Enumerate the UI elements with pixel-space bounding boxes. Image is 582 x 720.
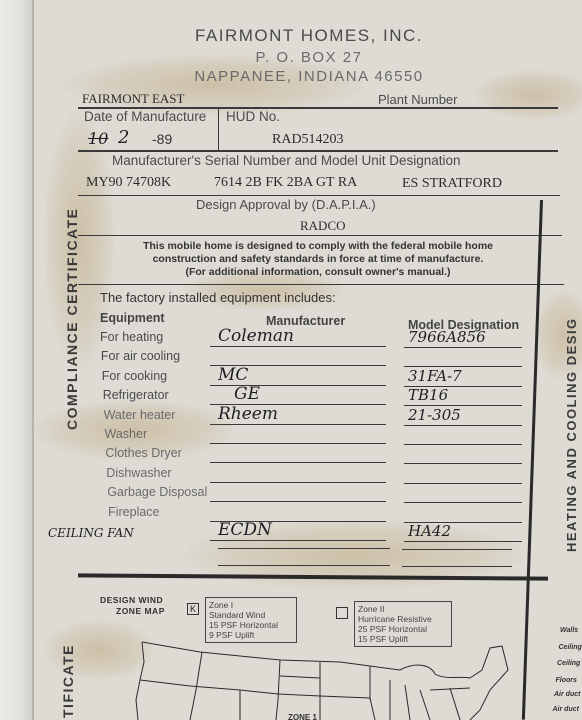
equipment-item-label: For heating xyxy=(100,330,163,344)
model-field-line xyxy=(404,463,522,464)
manufacturer-value: ECDN xyxy=(218,520,272,540)
equipment-item-label: Washer xyxy=(105,427,148,441)
divider xyxy=(78,150,558,152)
heating-cooling-row-label: Ceiling xyxy=(559,644,582,651)
compliance-certificate-label: FAIRMONT HOMES, INC. P. O. BOX 27 NAPPAN… xyxy=(32,0,582,720)
series-name: ES STRATFORD xyxy=(402,176,502,192)
hud-number-value: RAD514203 xyxy=(272,132,344,148)
compliance-notice-line-1: This mobile home is designed to comply w… xyxy=(98,240,538,252)
equipment-item-label: Dishwasher xyxy=(106,466,171,480)
model-value: HA42 xyxy=(408,522,451,540)
model-field-line xyxy=(404,444,522,445)
company-po-box: P. O. BOX 27 xyxy=(124,49,494,66)
model-designation: 7614 2B FK 2BA GT RA xyxy=(214,175,357,191)
zone-2-line: Zone II xyxy=(358,604,448,614)
date-of-manufacture-label: Date of Manufacture xyxy=(84,109,206,124)
zone-1-line: 15 PSF Horizontal xyxy=(209,620,293,630)
model-field-line xyxy=(404,347,522,348)
model-value: 21-305 xyxy=(408,406,461,424)
equipment-item-label: For air cooling xyxy=(101,349,180,363)
divider xyxy=(78,195,560,196)
model-value: 7966A856 xyxy=(408,328,486,346)
equipment-item-label: Water heater xyxy=(104,408,176,422)
zone-2-line: 25 PSF Horizontal xyxy=(358,624,448,634)
equipment-item-label: Clothes Dryer xyxy=(105,446,181,460)
blank-line xyxy=(218,565,390,566)
plant-name: FAIRMONT EAST xyxy=(82,91,184,107)
zone-2-checkbox[interactable] xyxy=(336,607,348,619)
date-year: -89 xyxy=(152,131,172,147)
manufacturer-field-line xyxy=(210,443,386,444)
heating-cooling-row-label: Ceiling xyxy=(557,660,580,667)
company-name: FAIRMONT HOMES, INC. xyxy=(124,26,494,46)
blank-line xyxy=(218,548,390,549)
serial-number: MY90 74708K xyxy=(86,175,171,191)
date-day: 2 xyxy=(118,127,129,148)
wind-zone-title-2: ZONE MAP xyxy=(116,606,165,616)
manufacturer-value: Rheem xyxy=(218,404,278,424)
manufacturer-field-line xyxy=(210,501,386,502)
design-approval-value: RADCO xyxy=(300,218,346,234)
model-value: 31FA-7 xyxy=(408,367,462,385)
equipment-item-label: Refrigerator xyxy=(103,388,169,402)
model-field-line xyxy=(404,502,522,503)
wind-zone-title-1: DESIGN WIND xyxy=(100,595,163,605)
equipment-intro: The factory installed equipment includes… xyxy=(100,290,336,305)
plant-number-label: Plant Number xyxy=(378,92,457,107)
zone-1-checkbox[interactable]: K xyxy=(187,603,199,615)
col-equipment: Equipment xyxy=(100,311,165,325)
manufacturer-value: MC xyxy=(218,365,248,385)
equipment-item-label: CEILING FAN xyxy=(48,526,134,540)
manufacturer-value: GE xyxy=(234,384,260,404)
hud-number-label: HUD No. xyxy=(226,109,280,124)
divider xyxy=(218,107,219,150)
heating-cooling-row-label: Air duct xyxy=(553,706,579,713)
model-field-line xyxy=(404,425,522,426)
manufacturer-value: Coleman xyxy=(218,326,294,346)
model-field-line xyxy=(404,483,522,484)
divider xyxy=(78,235,562,236)
manufacturer-field-line xyxy=(210,424,386,425)
serial-label: Manufacturer's Serial Number and Model U… xyxy=(112,153,461,168)
company-address: NAPPANEE, INDIANA 46550 xyxy=(124,68,494,85)
manufacturer-field-line xyxy=(210,540,386,541)
design-approval-label: Design Approval by (D.A.P.I.A.) xyxy=(196,197,376,212)
zone-1-line: 9 PSF Uplift xyxy=(209,630,293,640)
divider xyxy=(78,284,564,285)
blank-line xyxy=(402,549,512,550)
model-field-line xyxy=(404,541,522,542)
zone-1-line: Zone I xyxy=(209,600,293,610)
blank-line xyxy=(402,566,512,567)
map-zone-label: ZONE 1 xyxy=(288,713,317,720)
equipment-item-label: Fireplace xyxy=(108,505,159,519)
manufacturer-field-line xyxy=(210,482,386,483)
zone-1-line: Standard Wind xyxy=(209,610,293,620)
heating-cooling-title: HEATING AND COOLING DESIG xyxy=(564,317,579,552)
heating-cooling-row-label: Floors xyxy=(556,677,577,684)
model-value: TB16 xyxy=(408,386,448,404)
manufacturer-field-line xyxy=(210,346,386,347)
compliance-certificate-title: COMPLIANCE CERTIFICATE xyxy=(64,207,80,430)
heating-cooling-row-label: Walls xyxy=(560,627,578,634)
us-wind-zone-map: ZONE 1 xyxy=(130,640,510,720)
certificate-title-lower: TIFICATE xyxy=(60,644,76,718)
equipment-item-label: For cooking xyxy=(102,369,167,383)
manufacturer-field-line xyxy=(210,462,386,463)
equipment-item-label: Garbage Disposal xyxy=(107,485,207,499)
date-month-struck: 10 xyxy=(88,129,108,148)
background-wall xyxy=(0,0,34,720)
zone-2-line: Hurricane Resistive xyxy=(358,614,448,624)
heating-cooling-row-label: Air duct xyxy=(554,691,580,698)
zone-1-box: Zone I Standard Wind 15 PSF Horizontal 9… xyxy=(205,597,297,643)
compliance-notice-line-2: construction and safety standards in for… xyxy=(98,253,538,265)
compliance-notice-line-3: (For additional information, consult own… xyxy=(98,266,538,278)
